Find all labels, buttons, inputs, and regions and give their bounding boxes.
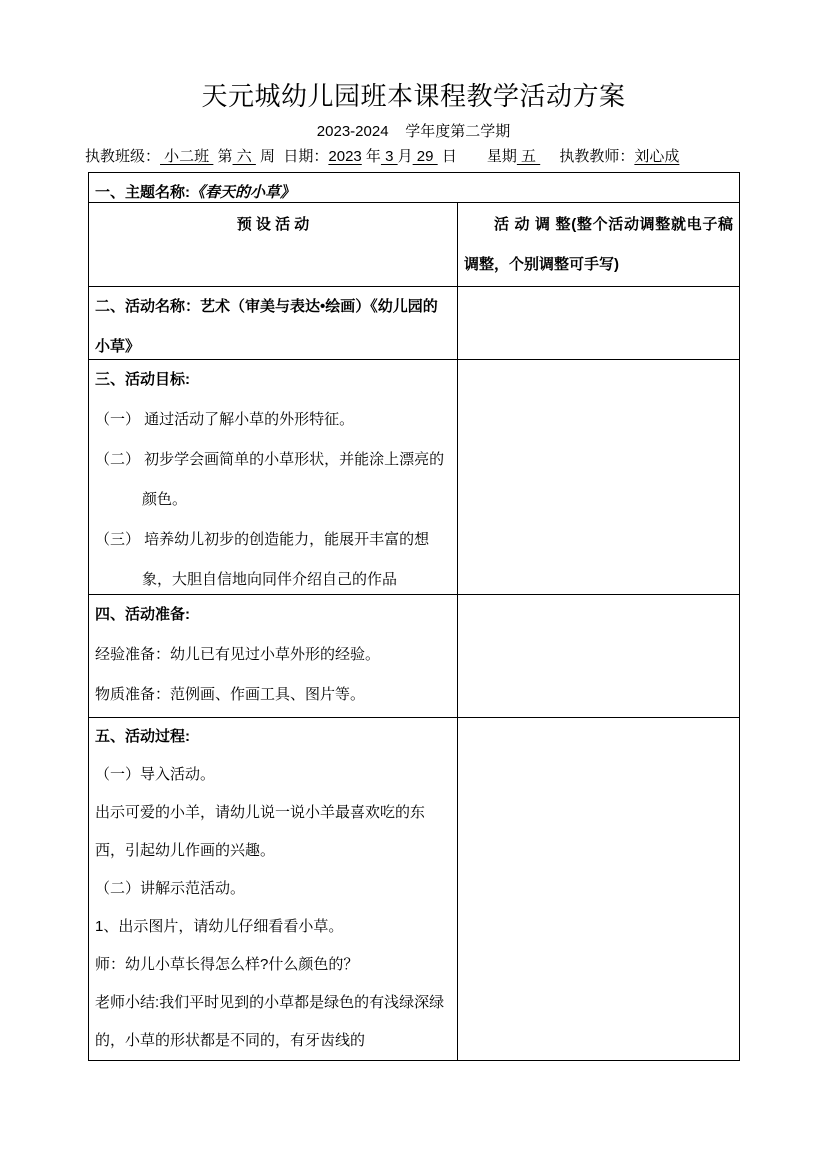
activity-preparation-cell: 四、活动准备: 经验准备：幼儿已有见过小草外形的经验。 物质准备：范例画、作画工…: [89, 595, 458, 717]
day-value: 29: [413, 148, 438, 165]
info-line: 执教班级： 小二班 第 六 周 日期：2023 年 3 月 29 日 星期 五 …: [85, 146, 765, 167]
document-page: 天元城幼儿园班本课程教学活动方案 2023-2024 学年度第二学期 执教班级：…: [0, 0, 827, 1170]
goals-heading: 三、活动目标:: [95, 360, 451, 400]
teacher-label: 执教教师：: [540, 148, 634, 165]
activity-adjustment-header: 活 动 调 整(整个活动调整就电子稿调整，个别调整可手写): [458, 203, 739, 286]
adjustment-cell-preparation: [458, 595, 739, 717]
year-value: 2023: [328, 148, 361, 165]
process-item-5: 师：幼儿小草长得怎么样?什么颜色的？: [95, 946, 451, 984]
activity-name-text: 二、活动名称：艺术（审美与表达•绘画）《幼儿园的小草》: [95, 287, 451, 359]
process-item-4: 1、出示图片，请幼儿仔细看看小草。: [95, 908, 451, 946]
preset-activity-header: 预 设 活 动: [89, 203, 458, 286]
theme-label: 一、主题名称:: [95, 184, 190, 201]
preparation-item-1: 经验准备：幼儿已有见过小草外形的经验。: [95, 635, 451, 675]
year-unit: 年: [362, 148, 381, 165]
adjustment-cell-goals: [458, 360, 739, 594]
adjustment-cell-process: [458, 718, 739, 1060]
process-item-1: （一）导入活动。: [95, 756, 451, 794]
week-value: 六: [233, 148, 256, 165]
weekday-value: 五: [517, 148, 540, 165]
activity-preparation-row: 四、活动准备: 经验准备：幼儿已有见过小草外形的经验。 物质准备：范例画、作画工…: [89, 595, 739, 718]
teaching-class-label: 执教班级：: [85, 148, 160, 165]
process-item-6: 老师小结:我们平时见到的小草都是绿色的有浅绿深绿的，小草的形状都是不同的，有牙齿…: [95, 984, 451, 1060]
goal-item-2: （二） 初步学会画简单的小草形状，并能涂上漂亮的颜色。: [95, 440, 451, 520]
week-label: 第: [213, 148, 232, 165]
activity-name-cell: 二、活动名称：艺术（审美与表达•绘画）《幼儿园的小草》: [89, 287, 458, 359]
teaching-class-value: 小二班: [160, 148, 213, 165]
lesson-plan-table: 一、主题名称:《春天的小草》 预 设 活 动 活 动 调 整(整个活动调整就电子…: [88, 172, 740, 1061]
activity-process-cell: 五、活动过程: （一）导入活动。 出示可爱的小羊，请幼儿说一说小羊最喜欢吃的东西…: [89, 718, 458, 1060]
preparation-item-2: 物质准备：范例画、作画工具、图片等。: [95, 675, 451, 715]
theme-value: 《春天的小草》: [190, 184, 295, 201]
activity-process-row: 五、活动过程: （一）导入活动。 出示可爱的小羊，请幼儿说一说小羊最喜欢吃的东西…: [89, 718, 739, 1060]
goal-item-1: （一） 通过活动了解小草的外形特征。: [95, 400, 451, 440]
teacher-value: 刘心成: [634, 148, 679, 165]
process-heading: 五、活动过程:: [95, 718, 451, 756]
activity-goals-row: 三、活动目标: （一） 通过活动了解小草的外形特征。 （二） 初步学会画简单的小…: [89, 360, 739, 595]
goal-item-3: （三） 培养幼儿初步的创造能力，能展开丰富的想象，大胆自信地向同伴介绍自己的作品: [95, 520, 451, 594]
document-subtitle: 2023-2024 学年度第二学期: [0, 121, 827, 143]
activity-name-row: 二、活动名称：艺术（审美与表达•绘画）《幼儿园的小草》: [89, 287, 739, 360]
process-item-3: （二）讲解示范活动。: [95, 870, 451, 908]
activity-goals-cell: 三、活动目标: （一） 通过活动了解小草的外形特征。 （二） 初步学会画简单的小…: [89, 360, 458, 594]
column-header-row: 预 设 活 动 活 动 调 整(整个活动调整就电子稿调整，个别调整可手写): [89, 203, 739, 287]
weekday-label: 星期: [457, 148, 517, 165]
preparation-heading: 四、活动准备:: [95, 595, 451, 635]
month-value: 3: [381, 148, 398, 165]
month-unit: 月: [398, 148, 413, 165]
theme-row: 一、主题名称:《春天的小草》: [89, 173, 739, 203]
process-item-2: 出示可爱的小羊，请幼儿说一说小羊最喜欢吃的东西，引起幼儿作画的兴趣。: [95, 794, 451, 870]
day-unit: 日: [438, 148, 457, 165]
document-title: 天元城幼儿园班本课程教学活动方案: [0, 80, 827, 112]
adjustment-cell-activity-name: [458, 287, 739, 359]
date-label: 周 日期：: [256, 148, 329, 165]
theme-title: 一、主题名称:《春天的小草》: [95, 173, 733, 203]
